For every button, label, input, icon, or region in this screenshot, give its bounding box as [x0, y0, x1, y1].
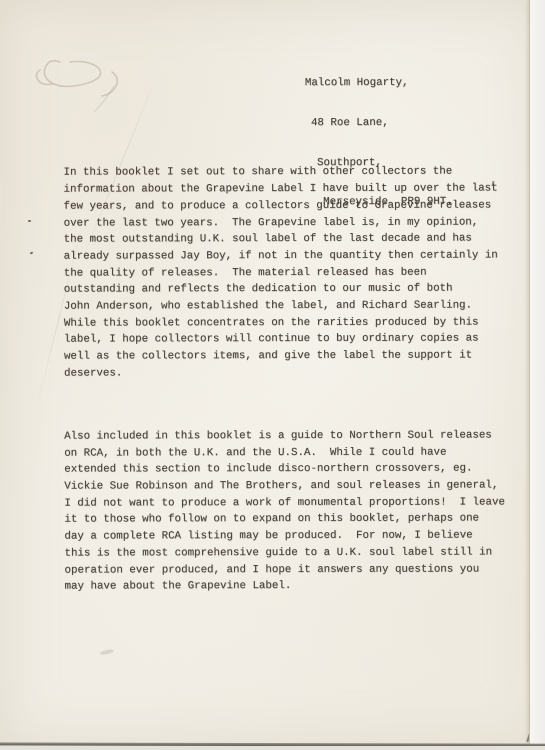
pencil-scribble — [18, 34, 148, 114]
letter-body: In this booklet I set out to share with … — [63, 130, 519, 629]
scan-background-strip — [0, 746, 545, 750]
ink-dot — [30, 252, 34, 255]
paragraph-rca-guide: Also included in this booklet is a guide… — [64, 427, 519, 595]
address-line: Malcolm Hogarty, — [305, 77, 453, 91]
page-right-edge — [529, 0, 545, 750]
scanned-letter-page: Malcolm Hogarty, 48 Roe Lane, Southport,… — [0, 0, 545, 750]
paragraph-grapevine-intro: In this booklet I set out to share with … — [63, 164, 519, 382]
paper-smudge — [100, 649, 115, 656]
ink-dot — [28, 220, 31, 222]
address-line: 48 Roe Lane, — [311, 117, 453, 131]
